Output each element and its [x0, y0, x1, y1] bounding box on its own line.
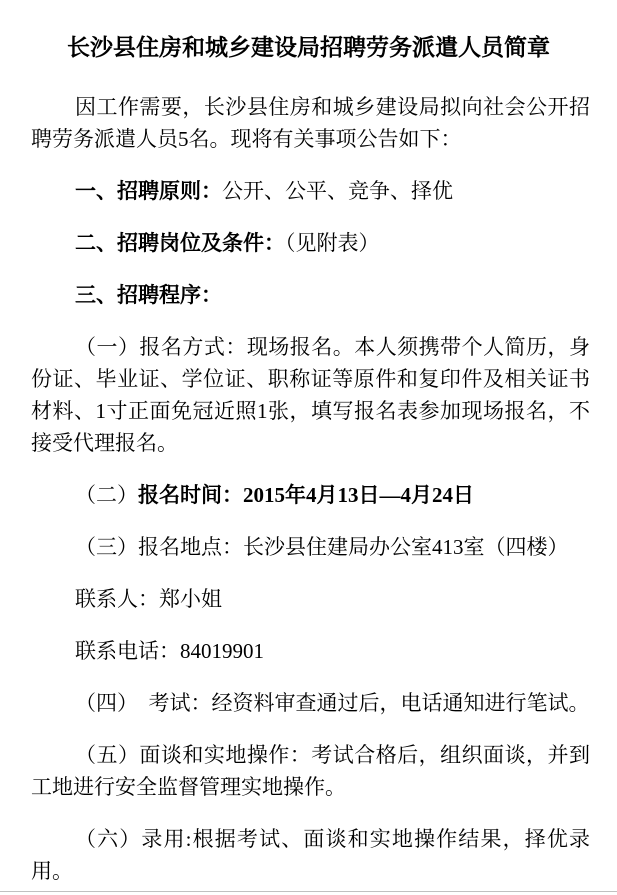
text-line: 工地进行安全监督管理实地操作。	[31, 771, 590, 803]
text-segment: （三）报名地点：长沙县住建局办公室413室（四楼）	[75, 535, 569, 559]
text-line: 聘劳务派遣人员5名。现将有关事项公告如下：	[31, 123, 590, 155]
paragraph-contact-person: 联系人：郑小姐	[31, 583, 590, 615]
text-segment: （五）面谈和实地操作：考试合格后，组织面谈，并到	[75, 743, 590, 767]
page-bottom-rule	[0, 891, 617, 892]
document-title: 长沙县住房和城乡建设局招聘劳务派遣人员简章	[0, 33, 617, 63]
text-line: 三、招聘程序：	[31, 279, 590, 311]
text-segment: （见附表）	[285, 231, 380, 255]
text-segment: 联系人：郑小姐	[75, 587, 222, 611]
text-line: （一）报名方式：现场报名。本人须携带个人简历，身	[31, 331, 590, 363]
text-line: （五）面谈和实地操作：考试合格后，组织面谈，并到	[31, 739, 590, 771]
paragraph-step2-signup-time: （二）报名时间：2015年4月13日—4月24日	[31, 479, 590, 511]
text-line: 一、招聘原则：公开、公平、竞争、择优	[31, 175, 590, 207]
text-segment: 一、招聘原则：	[75, 179, 222, 203]
text-segment: 二、招聘岗位及条件：	[75, 231, 285, 255]
text-line: （二）报名时间：2015年4月13日—4月24日	[31, 479, 590, 511]
text-segment: 用。	[31, 859, 73, 883]
text-line: 二、招聘岗位及条件：（见附表）	[31, 227, 590, 259]
text-segment: 联系电话：84019901	[75, 639, 264, 663]
text-segment: 工地进行安全监督管理实地操作。	[31, 775, 346, 799]
text-segment: （四） 考试：经资料审查通过后，电话通知进行笔试。	[75, 691, 590, 715]
text-segment: 三、招聘程序：	[75, 283, 222, 307]
text-line: 因工作需要，长沙县住房和城乡建设局拟向社会公开招	[31, 91, 590, 123]
text-line: （四） 考试：经资料审查通过后，电话通知进行笔试。	[31, 687, 590, 719]
text-line: 接受代理报名。	[31, 427, 590, 459]
text-segment: （二）	[75, 483, 138, 507]
text-segment: （一）报名方式：现场报名。本人须携带个人简历，身	[75, 335, 590, 359]
text-segment: 报名时间：2015年4月13日—4月24日	[138, 483, 474, 507]
text-segment: （六）录用:根据考试、面谈和实地操作结果，择优录	[75, 827, 590, 851]
text-line: 联系电话：84019901	[31, 635, 590, 667]
document-body: 因工作需要，长沙县住房和城乡建设局拟向社会公开招聘劳务派遣人员5名。现将有关事项…	[31, 91, 590, 887]
text-segment: 公开、公平、竞争、择优	[222, 179, 453, 203]
text-segment: 份证、毕业证、学位证、职称证等原件和复印件及相关证书	[31, 367, 590, 391]
paragraph-section-procedure: 三、招聘程序：	[31, 279, 590, 311]
paragraph-contact-phone: 联系电话：84019901	[31, 635, 590, 667]
paragraph-section-positions: 二、招聘岗位及条件：（见附表）	[31, 227, 590, 259]
text-line: 用。	[31, 855, 590, 887]
text-segment: 接受代理报名。	[31, 431, 178, 455]
paragraph-section-principle: 一、招聘原则：公开、公平、竞争、择优	[31, 175, 590, 207]
paragraph-step1-signup-method: （一）报名方式：现场报名。本人须携带个人简历，身份证、毕业证、学位证、职称证等原…	[31, 331, 590, 459]
paragraph-step5-interview: （五）面谈和实地操作：考试合格后，组织面谈，并到工地进行安全监督管理实地操作。	[31, 739, 590, 803]
text-line: （六）录用:根据考试、面谈和实地操作结果，择优录	[31, 823, 590, 855]
text-line: 份证、毕业证、学位证、职称证等原件和复印件及相关证书	[31, 363, 590, 395]
text-line: （三）报名地点：长沙县住建局办公室413室（四楼）	[31, 531, 590, 563]
paragraph-step3-signup-place: （三）报名地点：长沙县住建局办公室413室（四楼）	[31, 531, 590, 563]
text-segment: 材料、1寸正面免冠近照1张，填写报名表参加现场报名，不	[31, 399, 590, 423]
text-segment: 聘劳务派遣人员5名。现将有关事项公告如下：	[31, 127, 462, 151]
document-page: 长沙县住房和城乡建设局招聘劳务派遣人员简章 因工作需要，长沙县住房和城乡建设局拟…	[0, 0, 617, 895]
paragraph-step4-exam: （四） 考试：经资料审查通过后，电话通知进行笔试。	[31, 687, 590, 719]
paragraph-intro: 因工作需要，长沙县住房和城乡建设局拟向社会公开招聘劳务派遣人员5名。现将有关事项…	[31, 91, 590, 155]
text-line: 联系人：郑小姐	[31, 583, 590, 615]
text-line: 材料、1寸正面免冠近照1张，填写报名表参加现场报名，不	[31, 395, 590, 427]
paragraph-step6-hiring: （六）录用:根据考试、面谈和实地操作结果，择优录用。	[31, 823, 590, 887]
text-segment: 因工作需要，长沙县住房和城乡建设局拟向社会公开招	[75, 95, 590, 119]
